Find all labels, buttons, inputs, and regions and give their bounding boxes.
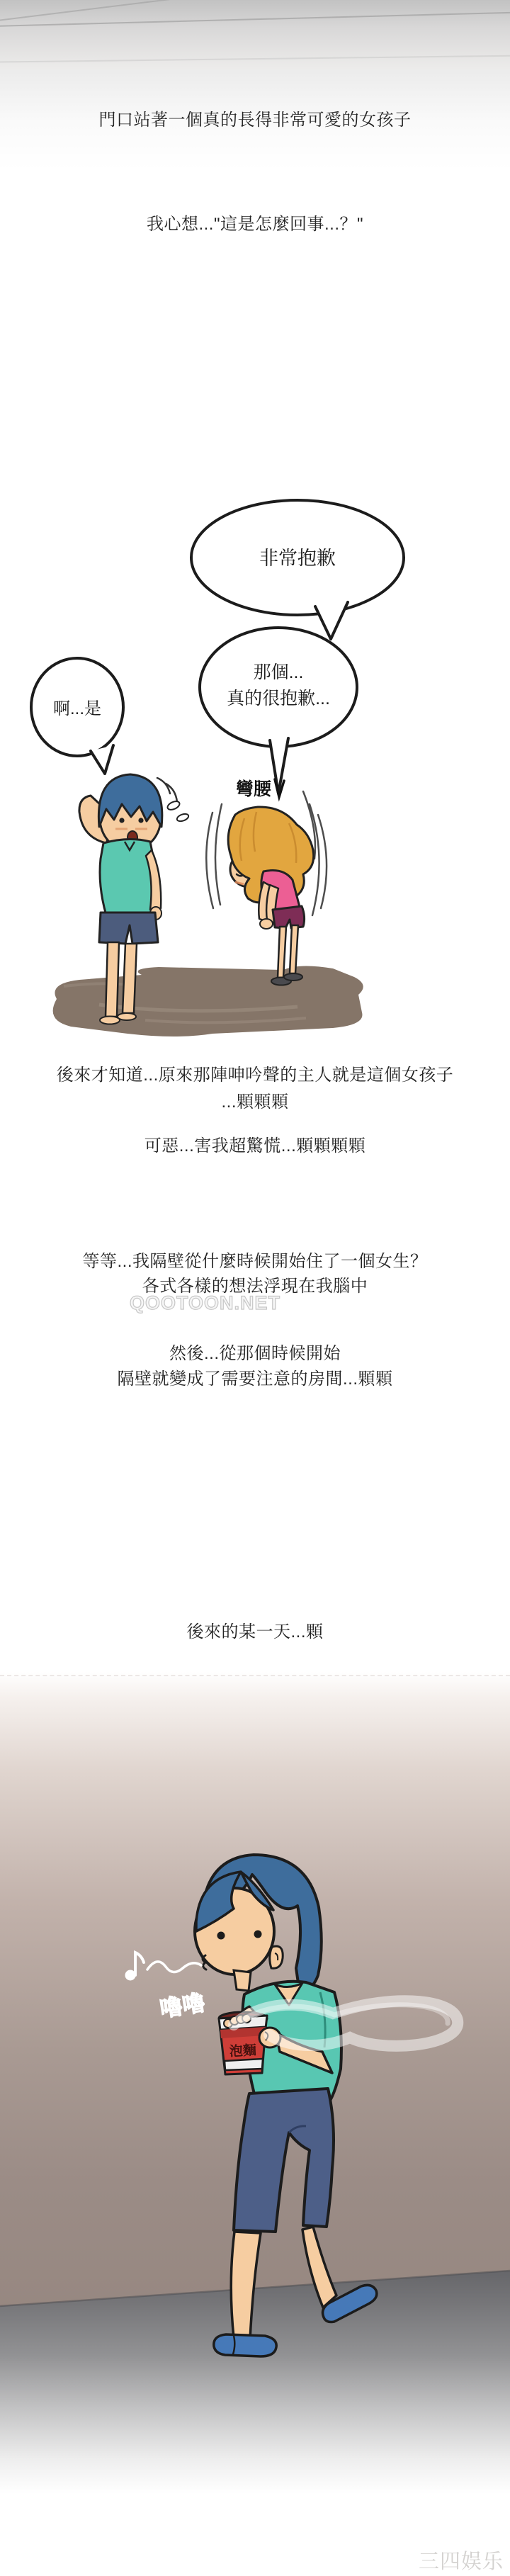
bend-label: 彎腰 (236, 779, 272, 799)
previous-panel-fade (0, 0, 510, 170)
narration-line: 隔壁就變成了需要注意的房間...顆顆 (0, 1368, 510, 1391)
apology-scene-panel: 非常抱歉 那個... 真的很抱歉... 啊...是 (0, 418, 510, 1063)
speech-bubble-ah: 啊...是 (31, 658, 123, 774)
walking-boy-scene: 泡麵 嚕嚕 (0, 1672, 510, 2494)
fade-line (0, 0, 173, 21)
fade-line (0, 11, 510, 27)
cup-label: 泡麵 (229, 2042, 256, 2060)
narration-line: 可惡...害我超驚慌...顆顆顆顆 (0, 1135, 510, 1158)
narration-line: 然後...從那個時候開始 (0, 1343, 510, 1365)
ground-shadow (53, 966, 363, 1036)
narration-line: 等等...我隔壁從什麼時候開始住了一個女生？ (0, 1250, 510, 1273)
whistle-sfx: 嚕嚕 (158, 1989, 208, 2022)
bubble-text-that-1: 那個... (254, 662, 304, 682)
narration-line: 後來才知道...原來那陣呻吟聲的主人就是這個女孩子 (0, 1064, 510, 1087)
bubble-text-ah: 啊...是 (53, 699, 101, 718)
fade-line (0, 55, 510, 62)
narration-line: 後來的某一天...顆 (0, 1621, 510, 1644)
girl-figure (206, 791, 327, 985)
music-note-icon (125, 1953, 202, 1981)
bubble-text-that-2: 真的很抱歉... (227, 689, 330, 708)
narration-line: 我心想..."這是怎麼回事...？" (0, 213, 510, 236)
speech-bubble-sorry: 非常抱歉 那個... 真的很抱歉... (191, 500, 404, 793)
narration-line: 門口站著一個真的長得非常可愛的女孩子 (0, 109, 510, 132)
site-watermark: QOOTOON.NET (130, 1292, 280, 1314)
hallway-scene-panel: 泡麵 嚕嚕 (0, 1672, 510, 2494)
narration-line: ...顆顆顆 (0, 1091, 510, 1114)
brand-watermark: 三四娱乐 (419, 2546, 504, 2575)
bubble-text-sorry: 非常抱歉 (259, 548, 336, 569)
comic-page: 門口站著一個真的長得非常可愛的女孩子 我心想..."這是怎麼回事...？" 非常… (0, 0, 510, 2576)
